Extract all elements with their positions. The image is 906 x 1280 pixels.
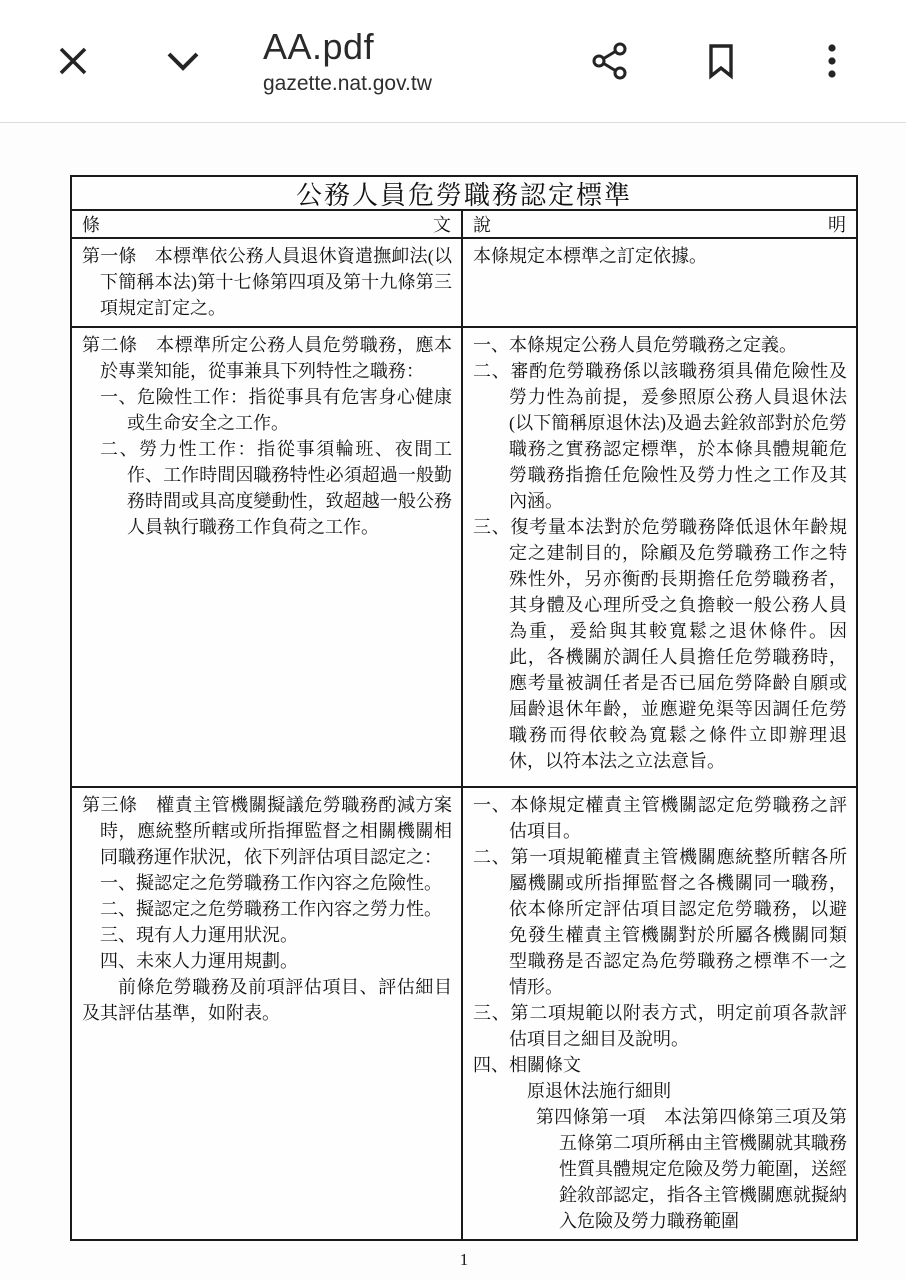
articles-cell-2: 第二條 本標準所定公務人員危勞職務，應本於專業知能，從事兼具下列特性之職務： 一… bbox=[72, 328, 463, 786]
article-2-item-2: 二、勞力性工作：指從事須輪班、夜間工作、工作時間因職務特性必須超過一般勤務時間或… bbox=[82, 436, 452, 540]
articles-cell-1: 第一條 本標準依公務人員退休資遣撫卹法(以下簡稱本法)第十七條第四項及第十九條第… bbox=[72, 239, 463, 326]
collapse-button[interactable] bbox=[161, 39, 205, 83]
note-2-item-1: 一、本條規定公務人員危勞職務之定義。 bbox=[473, 332, 847, 358]
header-notes-start: 說 bbox=[473, 211, 491, 237]
article-3-item-3: 三、現有人力運用狀況。 bbox=[82, 922, 452, 948]
table-header-row: 條 文 說 明 bbox=[72, 211, 856, 239]
article-3-text: 第三條 權責主管機關擬議危勞職務酌減方案時，應統整所轄或所指揮監督之相關機關相同… bbox=[82, 792, 452, 870]
article-3-closing: 前條危勞職務及前項評估項目、評估細目及其評估基準，如附表。 bbox=[82, 974, 452, 1026]
pdf-viewer-screen: AA.pdf gazette.nat.gov.tw bbox=[0, 0, 906, 1279]
header-notes-column: 說 明 bbox=[463, 211, 856, 237]
notes-cell-3: 一、本條規定權責主管機關認定危勞職務之評估項目。 二、第一項規範權責主管機關應統… bbox=[463, 788, 856, 1239]
notes-cell-1: 本條規定本標準之訂定依據。 bbox=[463, 239, 856, 326]
article-3-item-4: 四、未來人力運用規劃。 bbox=[82, 948, 452, 974]
header-notes-end: 明 bbox=[828, 211, 846, 237]
note-3-item-2: 二、第一項規範權責主管機關應統整所轄各所屬機關或所指揮監督之各機關同一職務，依本… bbox=[473, 844, 847, 1000]
table-row-article-3: 第三條 權責主管機關擬議危勞職務酌減方案時，應統整所轄或所指揮監督之相關機關相同… bbox=[72, 788, 856, 1239]
pdf-viewport[interactable]: 公務人員危勞職務認定標準 條 文 說 明 第一條 本標準依公務人員退休資遣撫卹法… bbox=[0, 123, 906, 1279]
page-number: 1 bbox=[70, 1250, 858, 1270]
note-2-item-3: 三、復考量本法對於危勞職務降低退休年齡規定之建制目的，除顧及危勞職務工作之特殊性… bbox=[473, 514, 847, 774]
article-3-item-1: 一、擬認定之危勞職務工作內容之危險性。 bbox=[82, 870, 452, 896]
header-articles-column: 條 文 bbox=[72, 211, 463, 237]
table-row-article-1: 第一條 本標準依公務人員退休資遣撫卹法(以下簡稱本法)第十七條第四項及第十九條第… bbox=[72, 239, 856, 328]
bookmark-icon bbox=[699, 39, 743, 83]
note-3-related-law: 原退休法施行細則 bbox=[473, 1078, 847, 1104]
file-source-domain: gazette.nat.gov.tw bbox=[263, 71, 432, 97]
article-2-text: 第二條 本標準所定公務人員危勞職務，應本於專業知能，從事兼具下列特性之職務： bbox=[82, 332, 452, 384]
bookmark-button[interactable] bbox=[699, 39, 743, 83]
header-articles-start: 條 bbox=[82, 211, 100, 237]
notes-cell-2: 一、本條規定公務人員危勞職務之定義。 二、審酌危勞職務係以該職務須具備危險性及勞… bbox=[463, 328, 856, 786]
article-2-item-1: 一、危險性工作：指從事具有危害身心健康或生命安全之工作。 bbox=[82, 384, 452, 436]
file-title-block: AA.pdf gazette.nat.gov.tw bbox=[263, 25, 432, 97]
appbar-actions bbox=[588, 39, 854, 83]
table-row-article-2: 第二條 本標準所定公務人員危勞職務，應本於專業知能，從事兼具下列特性之職務： 一… bbox=[72, 328, 856, 788]
note-3-related-law-article: 第四條第一項 本法第四條第三項及第五條第二項所稱由主管機關就其職務性質具體規定危… bbox=[473, 1104, 847, 1234]
articles-cell-3: 第三條 權責主管機關擬議危勞職務酌減方案時，應統整所轄或所指揮監督之相關機關相同… bbox=[72, 788, 463, 1239]
more-options-button[interactable] bbox=[810, 39, 854, 83]
document-title: 公務人員危勞職務認定標準 bbox=[72, 177, 856, 211]
more-vert-icon bbox=[810, 39, 854, 83]
share-button[interactable] bbox=[588, 39, 632, 83]
note-3-item-1: 一、本條規定權責主管機關認定危勞職務之評估項目。 bbox=[473, 792, 847, 844]
chevron-down-icon bbox=[162, 41, 204, 81]
file-name: AA.pdf bbox=[263, 25, 432, 69]
close-button[interactable] bbox=[51, 39, 95, 83]
note-3-item-3: 三、第二項規範以附表方式，明定前項各款評估項目之細目及說明。 bbox=[473, 1000, 847, 1052]
article-1-text: 第一條 本標準依公務人員退休資遣撫卹法(以下簡稱本法)第十七條第四項及第十九條第… bbox=[82, 243, 452, 321]
article-3-item-2: 二、擬認定之危勞職務工作內容之勞力性。 bbox=[82, 896, 452, 922]
share-icon bbox=[588, 39, 632, 83]
pdf-page-table: 公務人員危勞職務認定標準 條 文 說 明 第一條 本標準依公務人員退休資遣撫卹法… bbox=[70, 175, 858, 1241]
note-1-text: 本條規定本標準之訂定依據。 bbox=[473, 243, 847, 269]
app-bar: AA.pdf gazette.nat.gov.tw bbox=[0, 0, 906, 123]
header-articles-end: 文 bbox=[433, 211, 451, 237]
note-2-item-2: 二、審酌危勞職務係以該職務須具備危險性及勞力性為前提，爰參照原公務人員退休法(以… bbox=[473, 358, 847, 514]
close-icon bbox=[53, 41, 93, 81]
note-3-item-4: 四、相關條文 bbox=[473, 1052, 847, 1078]
